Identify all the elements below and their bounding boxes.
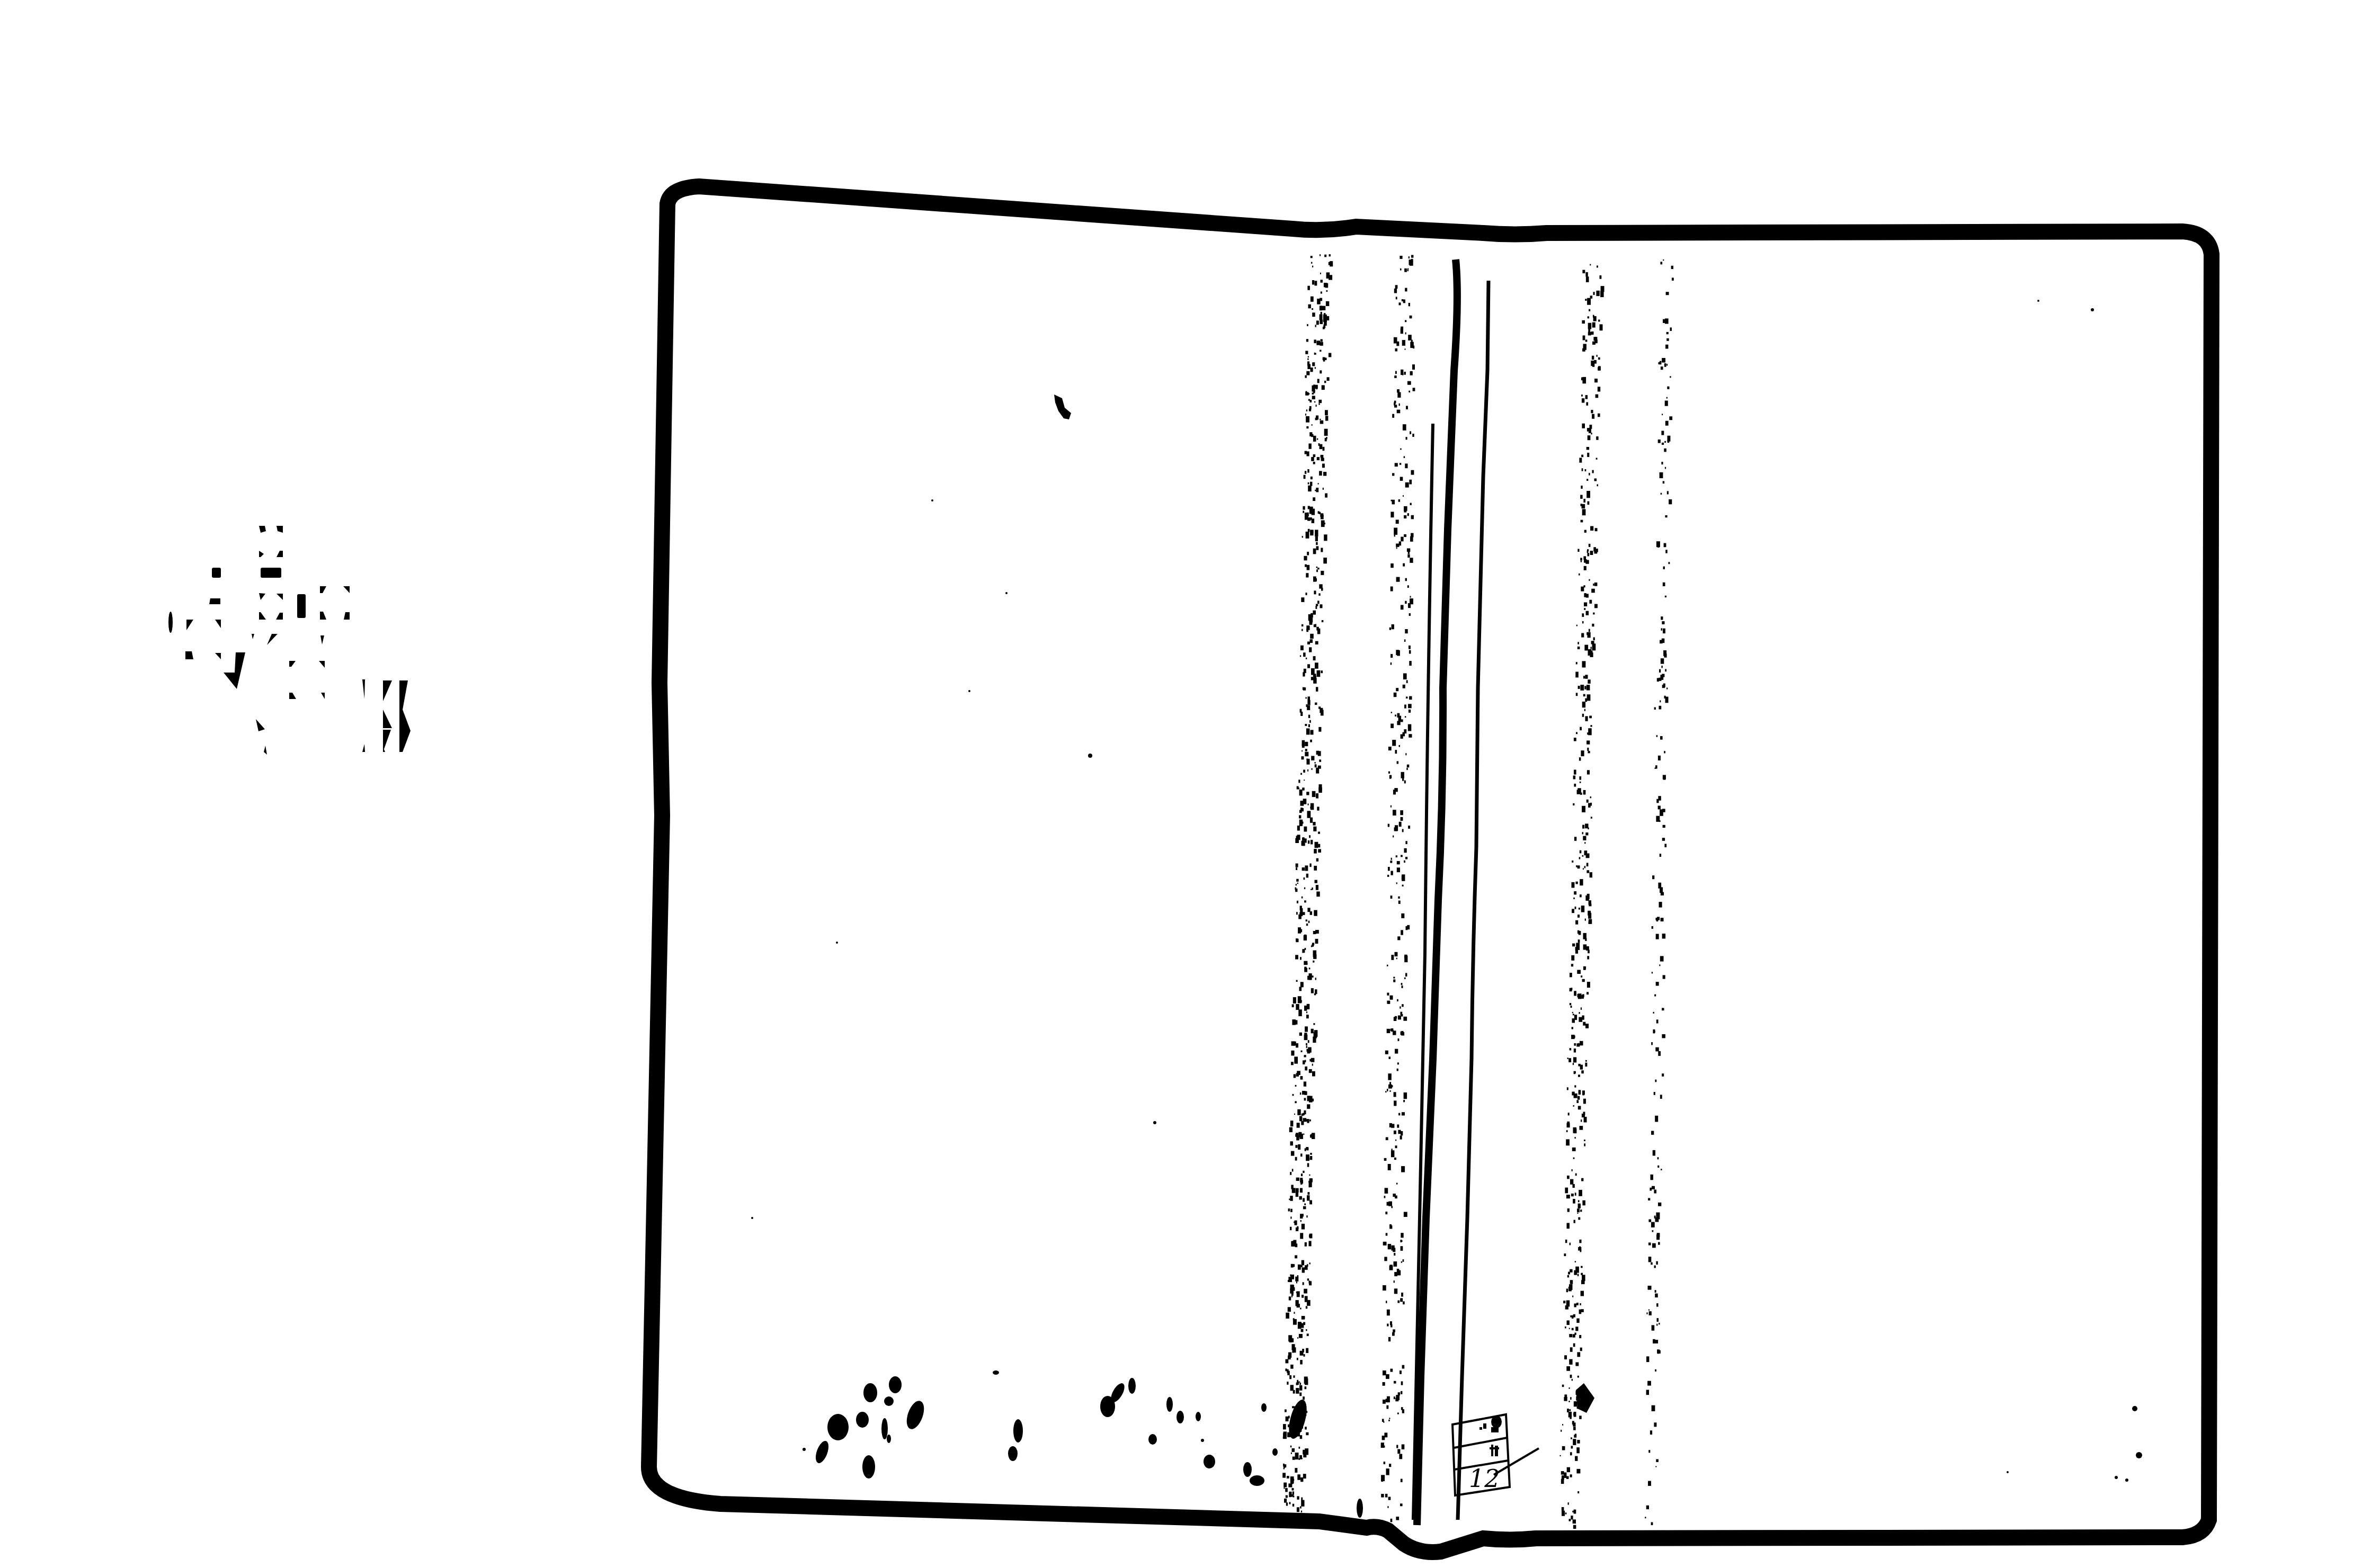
target-noise: [168, 612, 191, 659]
target-shapes: [186, 620, 325, 755]
calibration-target: [168, 526, 411, 755]
book: 12: [649, 186, 2212, 1552]
specks: [1811, 300, 2142, 1537]
ink-blot: [1054, 395, 1071, 419]
spine-label: 12: [1452, 1414, 1539, 1495]
label-row-2: [1490, 1445, 1499, 1456]
registration-marks: [209, 526, 350, 620]
book-cover-outline: [649, 186, 2212, 1552]
target-edge-tabs: [362, 679, 411, 752]
foxing-stains: [803, 1370, 1363, 1518]
gutter-shading: [1282, 254, 1674, 1529]
label-number: 12: [1469, 1464, 1500, 1493]
left-page: [751, 395, 1363, 1518]
stain-mark: [1576, 1383, 1594, 1413]
spine-gutter: [1282, 254, 1674, 1529]
specks: [751, 499, 1156, 1219]
scan-canvas: 12: [0, 0, 2362, 1568]
